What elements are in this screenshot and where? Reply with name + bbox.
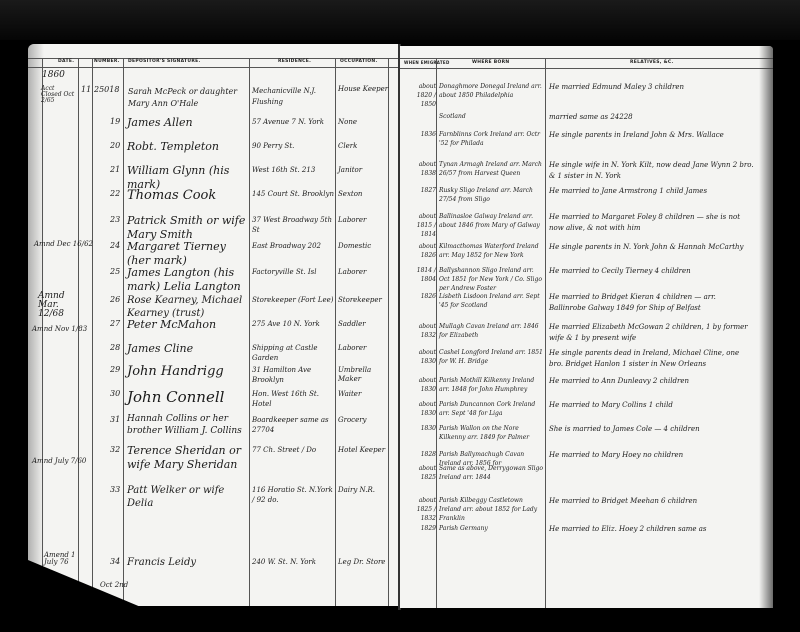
entry-residence: 275 Ave 10 N. York bbox=[252, 320, 336, 330]
col-rule bbox=[388, 58, 389, 606]
entry-emigrated: about 1830 bbox=[402, 376, 436, 394]
entry-relatives: He single parents in Ireland John & Mrs.… bbox=[549, 130, 754, 141]
entry-relatives: He married to Margaret Foley 8 children … bbox=[549, 212, 754, 233]
entry-residence: Factoryville St. Isl bbox=[252, 268, 336, 278]
entry-number: 33 bbox=[110, 486, 120, 494]
entry-signature: Patt Welker or wife Delia bbox=[127, 484, 249, 510]
entry-where-born: Parish Germany bbox=[439, 524, 544, 533]
margin-note: Acct Closed Oct 2/65 bbox=[41, 86, 75, 104]
entry-occupation: House Keeper bbox=[338, 86, 388, 93]
entry-number: 32 bbox=[110, 446, 120, 454]
header-occupation: OCCUPATION. bbox=[340, 59, 377, 64]
entry-date-day: 11 bbox=[81, 86, 91, 94]
entry-where-born: Same as above, Derrygowan Sligo Ireland … bbox=[439, 464, 544, 482]
entry-where-born: Parish Wallon on the Nore Kilkenny arr. … bbox=[439, 424, 544, 442]
entry-emigrated: about 1825 / 1832 bbox=[402, 496, 436, 523]
entry-relatives: He married to Bridget Kieran 4 children … bbox=[549, 292, 754, 313]
entry-emigrated: about 1832 bbox=[402, 322, 436, 340]
entry-number: 24 bbox=[110, 242, 120, 250]
entry-number: 28 bbox=[110, 344, 120, 352]
entry-emigrated: about 1830 bbox=[402, 348, 436, 366]
entry-relatives: He married to Ann Dunleavy 2 children bbox=[549, 376, 754, 387]
entry-residence: Storekeeper (Fort Lee) bbox=[252, 296, 336, 306]
header-residence: RESIDENCE. bbox=[278, 59, 311, 64]
entry-signature: Margaret Tierney (her mark) bbox=[127, 240, 249, 269]
entry-relatives: He single parents dead in Ireland, Micha… bbox=[549, 348, 754, 369]
entry-emigrated: 1826 bbox=[402, 292, 436, 301]
entry-where-born: Parish Kilbeggy Castletown Ireland arr. … bbox=[439, 496, 544, 523]
entry-residence: 37 West Broadway 5th St bbox=[252, 216, 336, 236]
entry-number: 20 bbox=[110, 142, 120, 150]
entry-signature: James Cline bbox=[127, 342, 249, 356]
entry-where-born: Farnblinns Cork Ireland arr. Octr '52 fo… bbox=[439, 130, 544, 148]
entry-occupation: Janitor bbox=[338, 166, 388, 175]
header-rule-bottom bbox=[28, 67, 400, 68]
margin-note: Amnd Dec 16/62 bbox=[34, 241, 93, 248]
entry-number: 21 bbox=[110, 166, 120, 174]
entry-signature: James Langton (his mark) Lelia Langton bbox=[127, 266, 249, 295]
col-rule bbox=[92, 58, 93, 606]
entry-signature: Patrick Smith or wife Mary Smith bbox=[127, 214, 249, 243]
entry-emigrated: 1829 bbox=[402, 524, 436, 533]
entry-occupation: Dairy N.R. bbox=[338, 486, 388, 495]
entry-residence: Hon. West 16th St. Hotel bbox=[252, 390, 336, 410]
entry-emigrated: about 1825 bbox=[402, 464, 436, 482]
scanner-background bbox=[0, 0, 800, 40]
entry-relatives: He married Elizabeth McGowan 2 children,… bbox=[549, 322, 754, 343]
entry-occupation: Umbrella Maker bbox=[338, 366, 388, 384]
entry-residence: 77 Ch. Street / Do bbox=[252, 446, 336, 456]
header-relatives: RELATIVES, &c. bbox=[630, 60, 674, 65]
entry-residence: 240 W. St. N. York bbox=[252, 558, 336, 568]
header-signature: DEPOSITOR'S SIGNATURE. bbox=[128, 59, 200, 64]
entry-where-born: Lisbeth Lisdoon Ireland arr. Sept '45 fo… bbox=[439, 292, 544, 310]
entry-number: 29 bbox=[110, 366, 120, 374]
entry-residence: 57 Avenue 7 N. York bbox=[252, 118, 336, 128]
header-where-born: WHERE BORN bbox=[472, 60, 509, 65]
entry-emigrated: 1836 bbox=[402, 130, 436, 139]
entry-where-born: Parish Mothill Kilkenny Ireland arr. 184… bbox=[439, 376, 544, 394]
left-page: DATE. NUMBER. DEPOSITOR'S SIGNATURE. RES… bbox=[28, 44, 400, 606]
col-rule bbox=[436, 58, 437, 608]
margin-note: Amnd July 7/60 bbox=[32, 458, 86, 465]
entry-emigrated: about 1820 / 1850 bbox=[402, 82, 436, 109]
entry-signature: Sarah McPeck or daughter Mary Ann O'Hale bbox=[128, 86, 248, 110]
header-rule-top bbox=[400, 58, 773, 59]
entry-where-born: Ballyshannon Sligo Ireland arr. Oct 1851… bbox=[439, 266, 544, 293]
header-emigrated: WHEN EMIGRATED bbox=[404, 60, 450, 65]
entry-signature: John Handrigg bbox=[127, 364, 249, 381]
margin-note: Amnd Mar. 12/68 bbox=[38, 292, 80, 319]
entry-where-born: Tynan Armagh Ireland arr. March 26/57 fr… bbox=[439, 160, 544, 178]
entry-relatives: He married to Eliz. Hoey 2 children same… bbox=[549, 524, 754, 535]
entry-where-born: Rusky Sligo Ireland arr. March 27/54 fro… bbox=[439, 186, 544, 204]
header-number: NUMBER. bbox=[94, 59, 120, 64]
entry-relatives: He single parents in N. York John & Hann… bbox=[549, 242, 754, 253]
entry-emigrated: about 1838 bbox=[402, 160, 436, 178]
entry-occupation: Leg Dr. Store bbox=[338, 558, 388, 567]
entry-residence: 145 Court St. Brooklyn bbox=[252, 190, 336, 200]
entry-occupation: Saddler bbox=[338, 320, 388, 329]
entry-where-born: Ballinasloe Galway Ireland arr. about 18… bbox=[439, 212, 544, 230]
entry-occupation: Storekeeper bbox=[338, 296, 388, 305]
entry-occupation: Grocery bbox=[338, 416, 388, 425]
entry-where-born: Mullagh Cavan Ireland arr. 1846 for Eliz… bbox=[439, 322, 544, 340]
entry-relatives: She is married to James Cole — 4 childre… bbox=[549, 424, 754, 435]
entry-signature: Robt. Templeton bbox=[127, 140, 249, 154]
entry-where-born: Parish Duncannon Cork Ireland arr. Sept … bbox=[439, 400, 544, 418]
entry-signature: James Allen bbox=[127, 116, 249, 130]
year-label: 1860 bbox=[42, 71, 65, 80]
entry-relatives: He married to Jane Armstrong 1 child Jam… bbox=[549, 186, 754, 197]
entry-relatives: He married to Mary Collins 1 child bbox=[549, 400, 754, 411]
entry-number: 26 bbox=[110, 296, 120, 304]
entry-emigrated: 1827 bbox=[402, 186, 436, 195]
entry-residence: 90 Perry St. bbox=[252, 142, 336, 152]
entry-number: 25018 bbox=[94, 86, 119, 94]
entry-emigrated: about 1815 / 1814 bbox=[402, 212, 436, 239]
entry-residence: East Broadway 202 bbox=[252, 242, 336, 252]
entry-relatives: He single wife in N. York Kilt, now dead… bbox=[549, 160, 754, 181]
entry-emigrated: 1814 / 1804 bbox=[402, 266, 436, 284]
entry-relatives: He married Edmund Maley 3 children bbox=[549, 82, 754, 93]
entry-signature: John Connell bbox=[127, 388, 249, 408]
entry-emigrated: about 1826 bbox=[402, 242, 436, 260]
col-rule bbox=[249, 58, 250, 606]
entry-residence: Boardkeeper same as 27704 bbox=[252, 416, 336, 436]
entry-number: 25 bbox=[110, 268, 120, 276]
entry-occupation: Laborer bbox=[338, 344, 388, 353]
entry-emigrated: 1828 bbox=[402, 450, 436, 459]
header-rule-bottom bbox=[400, 68, 773, 69]
entry-occupation: Clerk bbox=[338, 142, 388, 151]
entry-occupation: Sexton bbox=[338, 190, 388, 199]
entry-residence: 116 Horatio St. N.York / 92 do. bbox=[252, 486, 336, 506]
entry-emigrated: 1830 bbox=[402, 424, 436, 433]
entry-relatives: He married to Cecily Tierney 4 children bbox=[549, 266, 754, 277]
header-date: DATE. bbox=[58, 59, 74, 64]
entry-occupation: Domestic bbox=[338, 242, 388, 251]
entry-residence: 31 Hamilton Ave Brooklyn bbox=[252, 366, 336, 386]
entry-occupation: Waiter bbox=[338, 390, 388, 399]
entry-number: 22 bbox=[110, 190, 120, 198]
entry-number: 19 bbox=[110, 118, 120, 126]
col-rule bbox=[335, 58, 336, 606]
entry-relatives: He married to Mary Hoey no children bbox=[549, 450, 754, 461]
entry-emigrated: about 1830 bbox=[402, 400, 436, 418]
col-rule bbox=[123, 58, 124, 606]
entry-signature: Terence Sheridan or wife Mary Sheridan bbox=[127, 444, 249, 473]
entry-residence: Shipping at Castle Garden bbox=[252, 344, 336, 364]
right-page: WHEN EMIGRATED WHERE BORN RELATIVES, &c.… bbox=[400, 46, 773, 608]
entry-residence: Mechanicville N.J. Flushing bbox=[252, 86, 334, 107]
entry-where-born: Donaghmore Donegal Ireland arr. about 18… bbox=[439, 82, 544, 100]
margin-note: Amnd Nov 1/83 bbox=[32, 326, 87, 333]
entry-where-born: Cashel Longford Ireland arr. 1851 for W.… bbox=[439, 348, 544, 366]
col-rule bbox=[545, 58, 546, 608]
entry-occupation: None bbox=[338, 118, 388, 127]
entry-where-born: Kilmacthomas Waterford Ireland arr. May … bbox=[439, 242, 544, 260]
page-corner-shadow bbox=[28, 560, 148, 610]
entry-relatives: He married to Bridget Meehan 6 children bbox=[549, 496, 754, 507]
entry-residence: West 16th St. 213 bbox=[252, 166, 336, 176]
entry-signature: Thomas Cook bbox=[127, 188, 249, 205]
entry-occupation: Laborer bbox=[338, 268, 388, 277]
entry-relatives: married same as 24228 bbox=[549, 112, 754, 123]
entry-signature: Hannah Collins or her brother William J.… bbox=[127, 414, 249, 437]
entry-where-born: Scotland bbox=[439, 112, 544, 121]
entry-number: 27 bbox=[110, 320, 120, 328]
entry-number: 30 bbox=[110, 390, 120, 398]
entry-signature: Rose Kearney, Michael Kearney (trust) bbox=[127, 294, 249, 320]
entry-signature: Peter McMahon bbox=[127, 318, 249, 332]
entry-occupation: Laborer bbox=[338, 216, 388, 225]
entry-number: 31 bbox=[110, 416, 120, 424]
entry-number: 23 bbox=[110, 216, 120, 224]
entry-occupation: Hotel Keeper bbox=[338, 446, 388, 455]
